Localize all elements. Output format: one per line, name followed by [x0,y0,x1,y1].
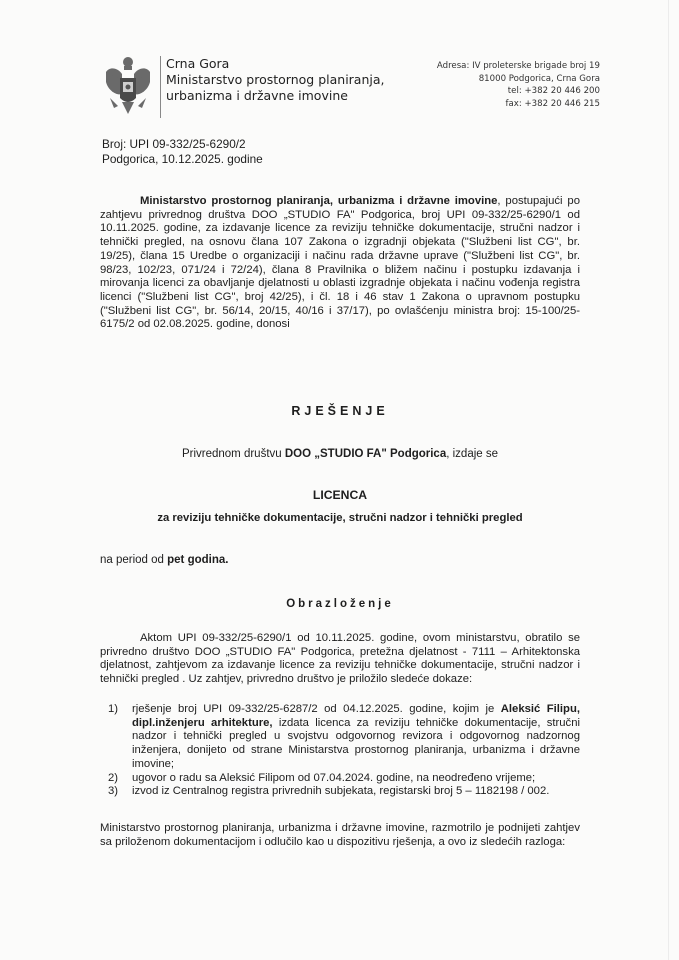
licence-period: na period od pet godina. [100,554,228,566]
evidence-list: 1) rješenje broj UPI 09-332/25-6287/2 od… [100,703,580,799]
country-name: Crna Gora [166,56,385,72]
ministry-name-line2: urbanizma i državne imovine [166,88,385,104]
letterhead: Crna Gora Ministarstvo prostornog planir… [100,50,630,130]
licence-title: LICENCA [100,488,580,502]
grant-suffix: , izdaje se [446,448,498,460]
evidence-text: rješenje broj UPI 09-332/25-6287/2 od 04… [132,703,580,772]
scan-edge-line [668,0,669,960]
intro-bold-lead: Ministarstvo prostornog planiranja, urba… [140,195,497,207]
evidence-number: 2) [100,772,132,786]
reference-block: Broj: UPI 09-332/25-6290/2 Podgorica, 10… [102,137,263,166]
explanation-title: Obrazloženje [100,598,580,610]
ministry-name-line1: Ministarstvo prostornog planiranja, [166,72,385,88]
address-line2: 81000 Podgorica, Crna Gora [437,73,600,86]
coat-of-arms-icon [100,54,156,120]
fax: fax: +382 20 446 215 [437,98,600,111]
intro-paragraph: Ministarstvo prostornog planiranja, urba… [100,195,580,332]
intro-text: , postupajući po zahtjevu privrednog dru… [100,195,580,330]
document-page: Crna Gora Ministarstvo prostornog planir… [0,0,679,960]
closing-paragraph: Ministarstvo prostornog planiranja, urba… [100,822,580,849]
decision-title: RJEŠENJE [100,404,580,418]
period-value: pet godina. [167,554,228,566]
evidence-text-before: rješenje broj UPI 09-332/25-6287/2 od 04… [132,703,501,715]
evidence-text: ugovor o radu sa Aleksić Filipom od 07.0… [132,772,580,786]
grant-prefix: Privrednom društvu [182,448,285,460]
explanation-paragraph: Aktom UPI 09-332/25-6290/1 od 10.11.2025… [100,632,580,687]
licence-subtitle: za reviziju tehničke dokumentacije, stru… [100,512,580,524]
period-prefix: na period od [100,554,167,566]
grant-statement: Privrednom društvu DOO „STUDIO FA" Podgo… [100,448,580,460]
address-line1: Adresa: IV proleterske brigade broj 19 [437,60,600,73]
place-date: Podgorica, 10.12.2025. godine [102,152,263,167]
telephone: tel: +382 20 446 200 [437,85,600,98]
evidence-text: izvod iz Centralnog registra privrednih … [132,785,580,799]
evidence-number: 3) [100,785,132,799]
evidence-item: 2) ugovor o radu sa Aleksić Filipom od 0… [100,772,580,786]
reference-number: Broj: UPI 09-332/25-6290/2 [102,137,263,152]
contact-block: Adresa: IV proleterske brigade broj 19 8… [437,60,600,110]
evidence-number: 1) [100,703,132,772]
evidence-item: 1) rješenje broj UPI 09-332/25-6287/2 od… [100,703,580,772]
ministry-name-block: Crna Gora Ministarstvo prostornog planir… [166,56,385,104]
evidence-item: 3) izvod iz Centralnog registra privredn… [100,785,580,799]
letterhead-divider [160,56,161,118]
grant-company: DOO „STUDIO FA" Podgorica [285,448,446,460]
